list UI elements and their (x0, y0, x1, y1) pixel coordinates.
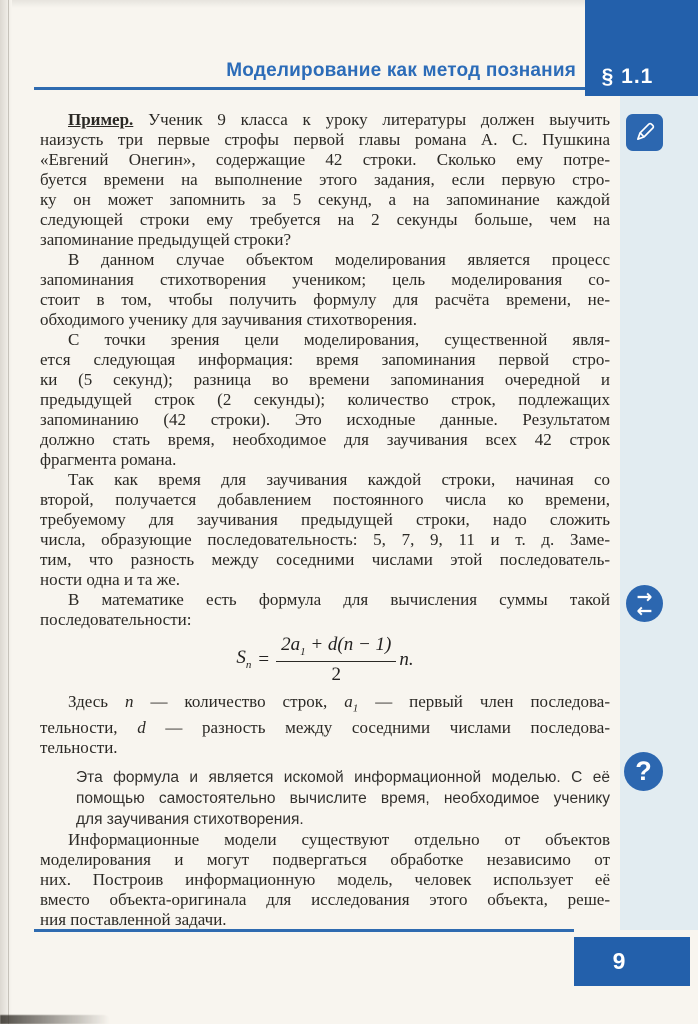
scan-bottom-shadow (0, 1015, 110, 1024)
example-label: Пример. (68, 110, 133, 129)
paragraph-sequence: Так как время для заучивания каждой стро… (40, 470, 610, 570)
footer-rule (34, 929, 574, 932)
formula-S-sub: n (246, 659, 252, 671)
paragraph-object-end: обходимого ученику для заучивания стихот… (40, 310, 610, 330)
formula-equals: = (258, 650, 269, 669)
swap-arrows-icon: → ← (626, 585, 663, 622)
task-text: Эта формула и является искомой информаци… (76, 767, 610, 809)
paragraph-variables-end: тельности. (40, 738, 610, 758)
formula-factor: n. (399, 650, 413, 669)
paragraph-information-end: фрагмента романа. (40, 450, 610, 470)
formula-denominator: 2 (331, 662, 341, 684)
text-column: Пример. Ученик 9 класса к уроку литерату… (40, 110, 610, 930)
paragraph-conclusion-end: ния поставленной задачи. (40, 910, 610, 930)
task-block: Эта формула и является искомой информаци… (76, 767, 610, 830)
var-a1: a1 (344, 692, 358, 711)
paragraph-example: Пример. Ученик 9 класса к уроку литерату… (40, 110, 610, 230)
pencil-icon (626, 114, 663, 151)
vars-text-2: — количество строк, (133, 692, 344, 711)
formula-S: S (236, 647, 246, 668)
vars-text-1: Здесь (68, 692, 125, 711)
vars-text-4: — разность между соседними числами после… (146, 718, 610, 737)
header-rule (34, 87, 585, 90)
section-badge: § 1.1 (585, 0, 698, 96)
book-binding-edge (0, 0, 12, 1024)
paragraph-object: В данном случае объектом моделирования я… (40, 250, 610, 310)
paragraph-example-end: запоминание предыдущей строки? (40, 230, 610, 250)
arrow-left-glyph: ← (637, 604, 653, 618)
margin-strip (620, 96, 698, 930)
paragraph-math-intro: В математике есть формула для вычисления… (40, 590, 610, 610)
textbook-page: Моделирование как метод познания § 1.1 →… (0, 0, 698, 1024)
formula-num-term: 2a (281, 634, 300, 655)
formula-fraction: 2a1 + d(n − 1) 2 (276, 635, 396, 684)
question-icon: ? (624, 752, 663, 791)
question-glyph: ? (635, 756, 652, 787)
page-number: 9 (574, 937, 690, 986)
formula-num-rest: + d(n − 1) (306, 634, 392, 655)
sum-formula: Sn = 2a1 + d(n − 1) 2 n. (40, 635, 610, 684)
pencil-glyph (632, 120, 657, 145)
formula-numerator: 2a1 + d(n − 1) (276, 635, 396, 662)
paragraph-information: С точки зрения цели моделирования, сущес… (40, 330, 610, 450)
paragraph-variables: Здесь n — количество строк, a1 — первый … (40, 692, 610, 738)
paragraph-sequence-end: ности одна и та же. (40, 570, 610, 590)
paragraph-math-intro-end: последовательности: (40, 610, 610, 630)
var-a: a (344, 692, 353, 711)
var-d: d (137, 718, 146, 737)
task-text-end: для заучивания стихотворения. (76, 809, 610, 830)
paragraph-conclusion: Информационные модели существуют отдельн… (40, 830, 610, 910)
chapter-title: Моделирование как метод познания (226, 60, 576, 82)
formula-lhs: Sn (236, 648, 251, 671)
